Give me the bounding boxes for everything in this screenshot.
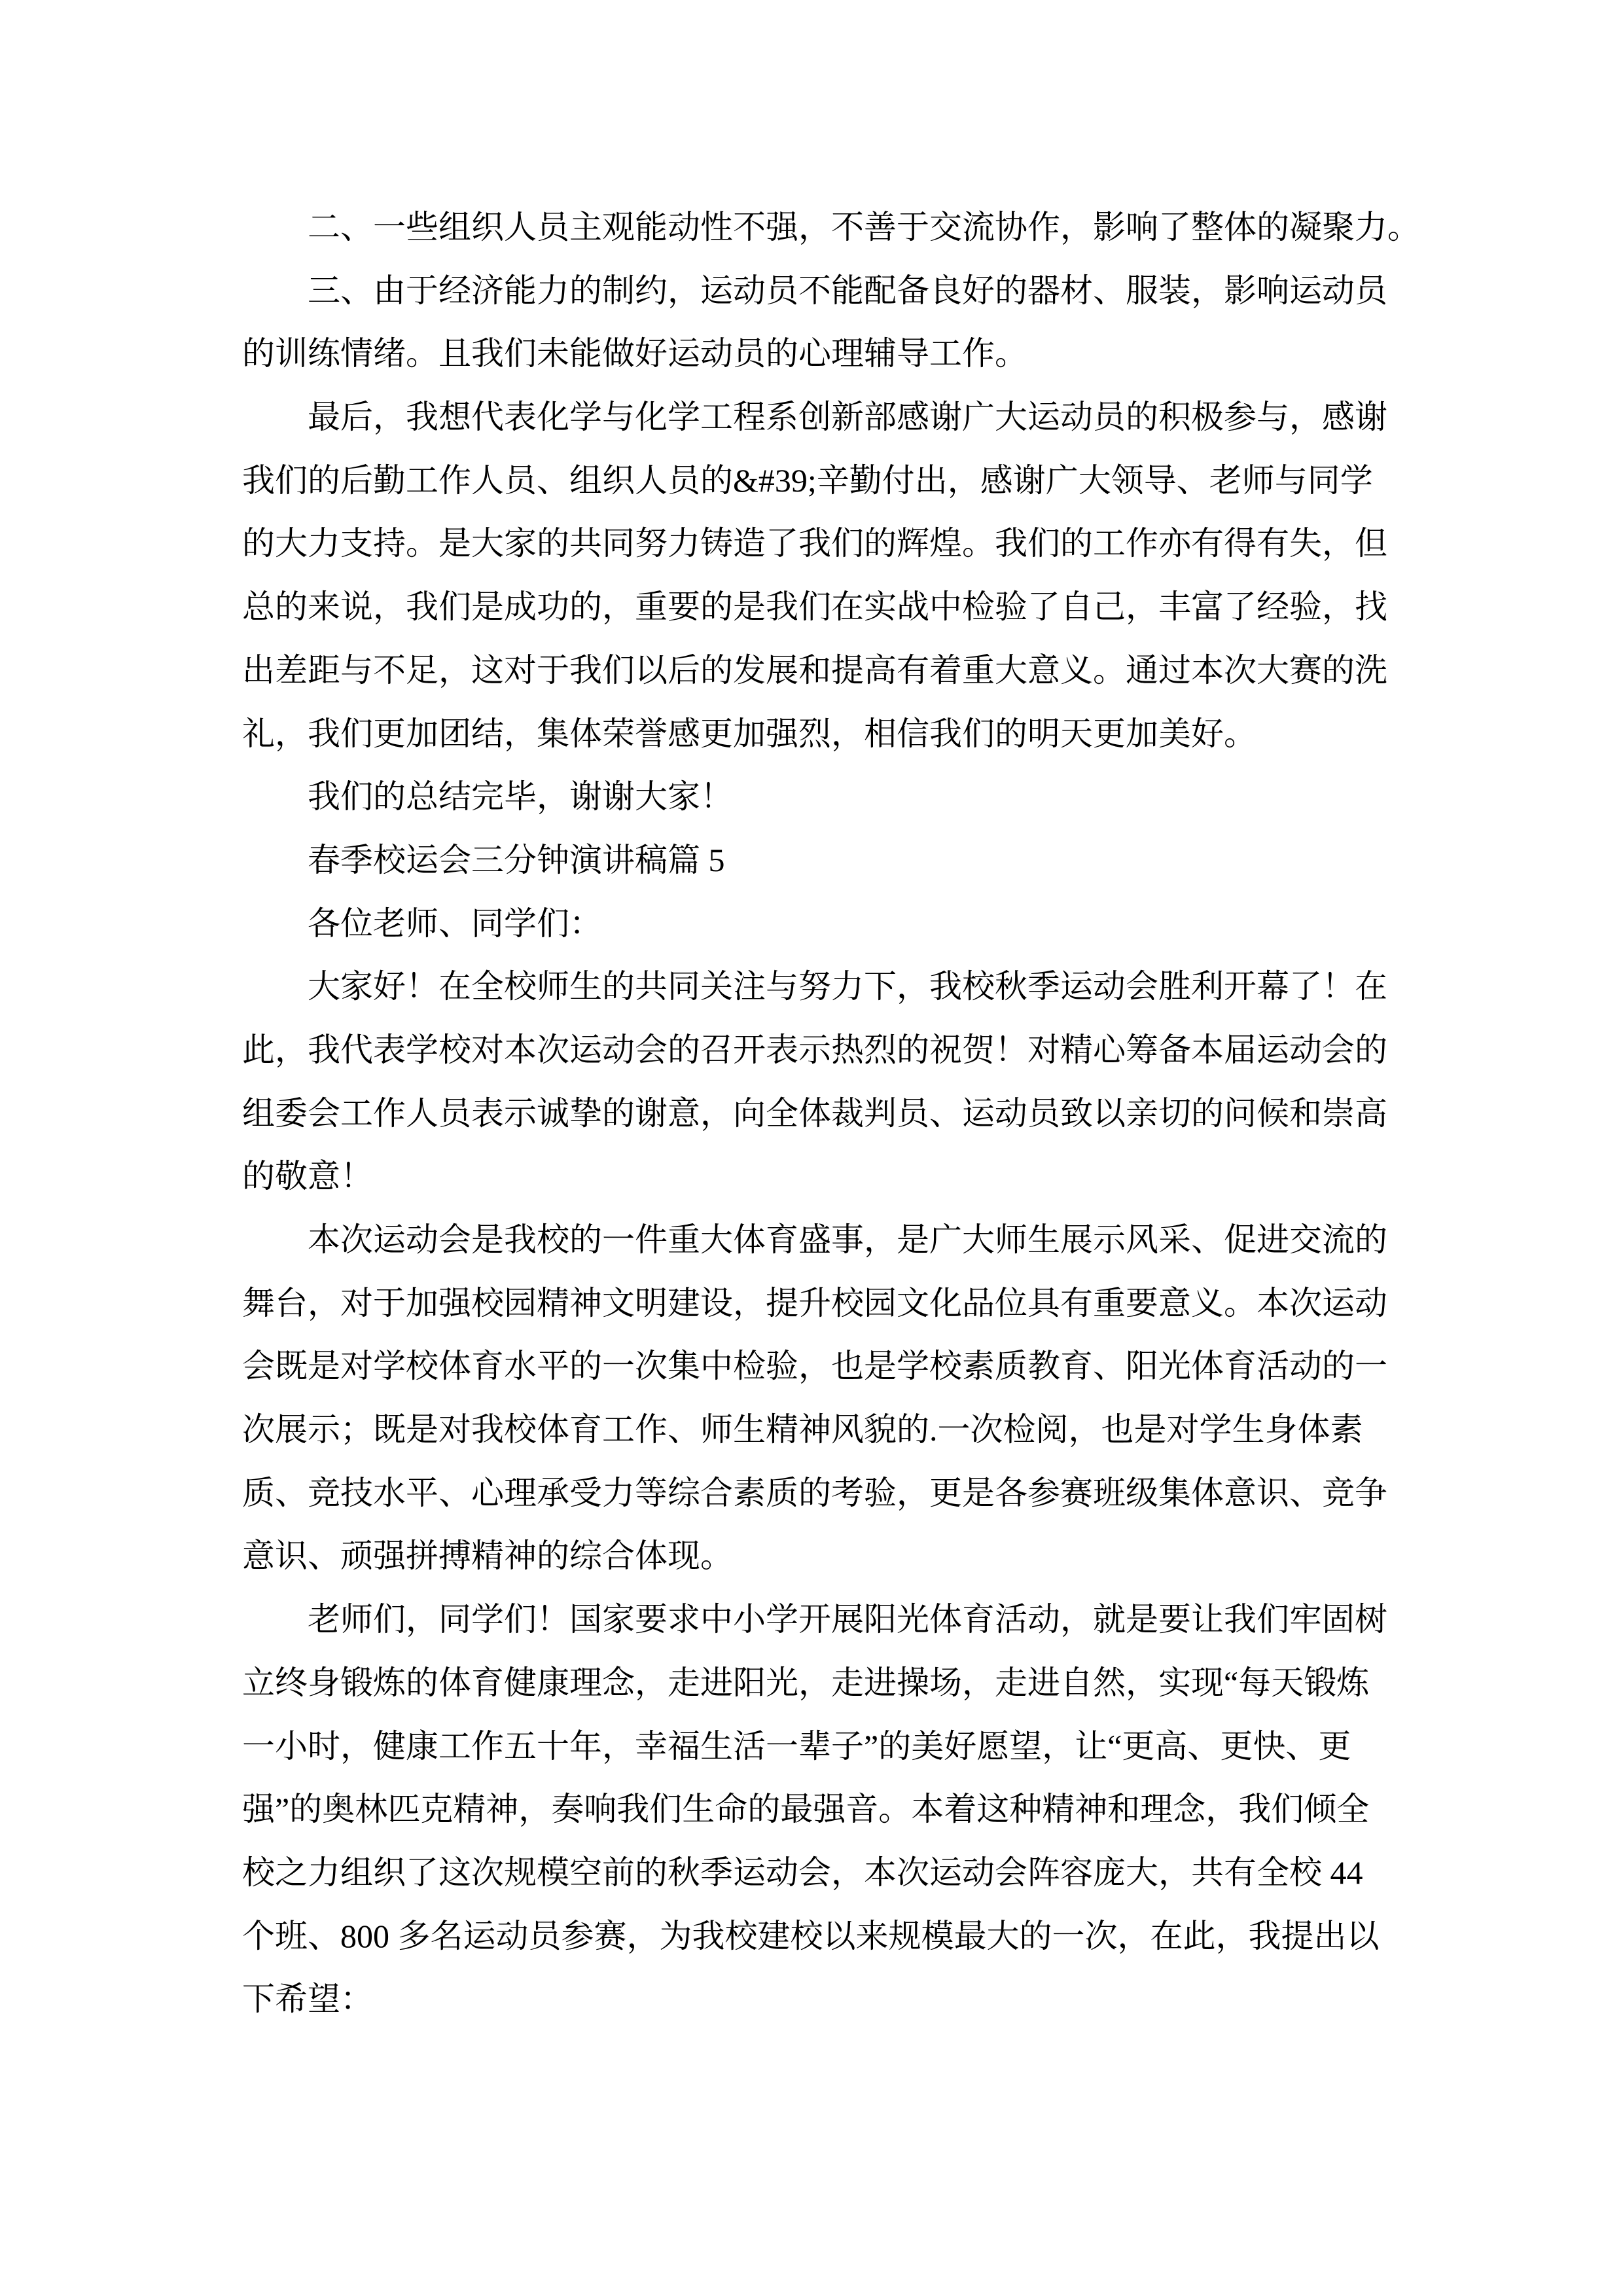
text-line: 下希望： [242,1967,1427,2031]
text-line: 总的来说，我们是成功的，重要的是我们在实战中检验了自己，丰富了经验，找 [242,575,1427,639]
text-line: 个班、800 多名运动员参赛，为我校建校以来规模最大的一次，在此，我提出以 [242,1905,1427,1968]
document-page: 二、一些组织人员主观能动性不强，不善于交流协作，影响了整体的凝聚力。三、由于经济… [0,0,1623,2296]
text-line: 意识、顽强拼搏精神的综合体现。 [242,1524,1427,1588]
text-line: 大家好！在全校师生的共同关注与努力下，我校秋季运动会胜利开幕了！在 [242,955,1427,1018]
text-line: 礼，我们更加团结，集体荣誉感更加强烈，相信我们的明天更加美好。 [242,702,1427,766]
text-line: 强”的奥林匹克精神，奏响我们生命的最强音。本着这种精神和理念，我们倾全 [242,1778,1427,1841]
text-line: 的大力支持。是大家的共同努力铸造了我们的辉煌。我们的工作亦有得有失，但 [242,512,1427,575]
text-line: 立终身锻炼的体育健康理念，走进阳光，走进操场，走进自然，实现“每天锻炼 [242,1651,1427,1715]
text-block: 二、一些组织人员主观能动性不强，不善于交流协作，影响了整体的凝聚力。三、由于经济… [242,196,1427,2031]
text-line: 校之力组织了这次规模空前的秋季运动会，本次运动会阵容庞大，共有全校 44 [242,1841,1427,1905]
text-line: 我们的总结完毕，谢谢大家！ [242,765,1427,829]
text-line: 组委会工作人员表示诚挚的谢意，向全体裁判员、运动员致以亲切的问候和崇高 [242,1082,1427,1145]
text-line: 一小时，健康工作五十年，幸福生活一辈子”的美好愿望，让“更高、更快、更 [242,1715,1427,1778]
text-line: 最后，我想代表化学与化学工程系创新部感谢广大运动员的积极参与，感谢 [242,386,1427,449]
text-line: 质、竞技水平、心理承受力等综合素质的考验，更是各参赛班级集体意识、竞争 [242,1462,1427,1525]
text-line: 三、由于经济能力的制约，运动员不能配备良好的器材、服装，影响运动员 [242,259,1427,323]
text-line: 我们的后勤工作人员、组织人员的&#39;辛勤付出，感谢广大领导、老师与同学 [242,449,1427,512]
text-line: 二、一些组织人员主观能动性不强，不善于交流协作，影响了整体的凝聚力。 [242,196,1427,259]
text-line: 出差距与不足，这对于我们以后的发展和提高有着重大意义。通过本次大赛的洗 [242,639,1427,702]
text-line: 舞台，对于加强校园精神文明建设，提升校园文化品位具有重要意义。本次运动 [242,1272,1427,1335]
text-line: 会既是对学校体育水平的一次集中检验，也是学校素质教育、阳光体育活动的一 [242,1335,1427,1398]
text-line: 的训练情绪。且我们未能做好运动员的心理辅导工作。 [242,322,1427,386]
text-line: 春季校运会三分钟演讲稿篇 5 [242,829,1427,892]
text-line: 此，我代表学校对本次运动会的召开表示热烈的祝贺！对精心筹备本届运动会的 [242,1018,1427,1082]
text-line: 各位老师、同学们： [242,892,1427,956]
text-line: 老师们，同学们！国家要求中小学开展阳光体育活动，就是要让我们牢固树 [242,1588,1427,1651]
text-line: 次展示；既是对我校体育工作、师生精神风貌的.一次检阅，也是对学生身体素 [242,1398,1427,1462]
text-line: 的敬意！ [242,1145,1427,1208]
text-line: 本次运动会是我校的一件重大体育盛事，是广大师生展示风采、促进交流的 [242,1208,1427,1272]
